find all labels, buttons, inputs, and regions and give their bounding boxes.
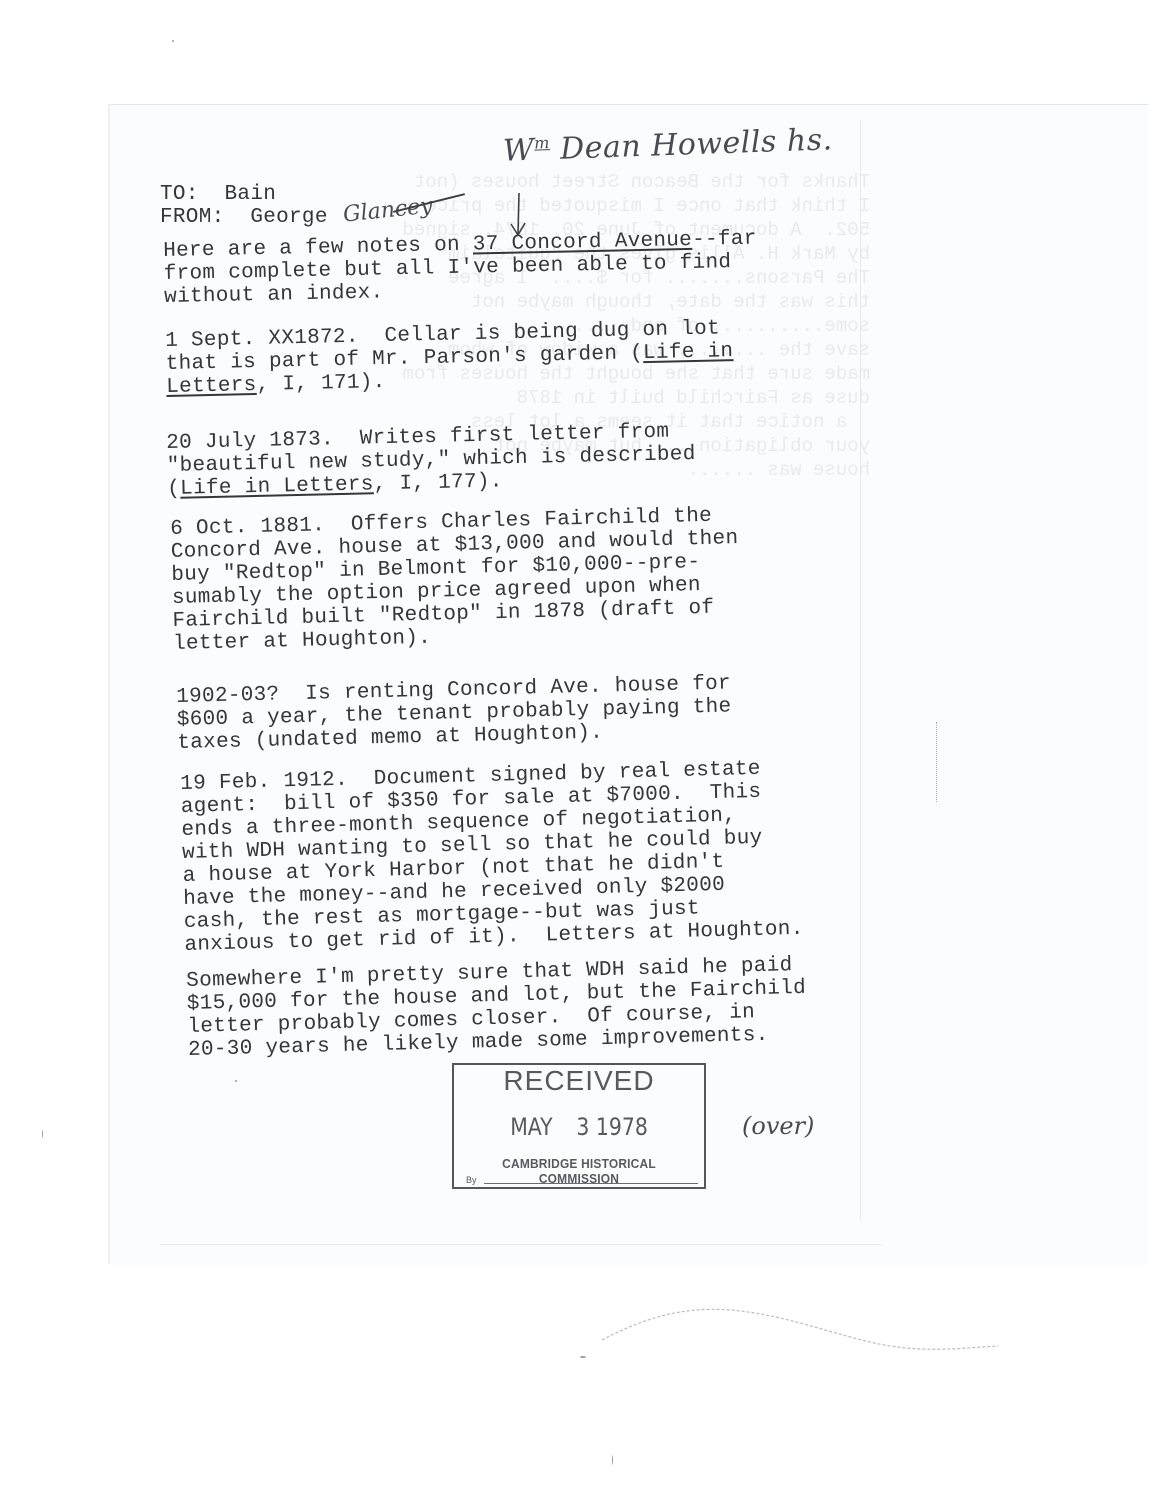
entry-1873: 20 July 1873. Writes first letter from"b…: [166, 420, 696, 501]
from-value: George: [250, 206, 327, 229]
to-label: TO:: [160, 183, 199, 206]
intro-paragraph: Here are a few notes on 37 Concord Avenu…: [163, 228, 758, 309]
underlined-title: Life in Letters: [180, 473, 374, 500]
handwritten-over-note: (over): [742, 1112, 814, 1140]
scan-speck: [172, 40, 174, 42]
annotation-superscript: m: [534, 133, 550, 153]
annotation-prefix: W: [502, 133, 535, 169]
text-segment: --far: [692, 228, 757, 252]
stamp-organization: CAMBRIDGE HISTORICAL COMMISSION: [464, 1156, 694, 1186]
entry-1881: 6 Oct. 1881. Offers Charles Fairchild th…: [170, 504, 741, 656]
text-segment: (: [167, 478, 180, 501]
memo-from-line: FROM: George: [160, 206, 328, 229]
stamp-date: MAY3 1978: [473, 1113, 686, 1141]
text-segment: , I, 177).: [373, 470, 503, 496]
entry-1872: 1 Sept. XX1872. Cellar is being dug on l…: [165, 317, 734, 399]
text-segment: without an index.: [164, 281, 384, 309]
entry-1912: 19 Feb. 1912. Document signed by real es…: [180, 757, 804, 957]
arrow-down-icon: [508, 192, 528, 238]
scan-side-mark: [936, 722, 939, 802]
scan-speck: [580, 1356, 586, 1358]
underlined-title: Letters: [166, 374, 257, 399]
bleed-through-border-bottom: [160, 1244, 882, 1245]
scan-speck: [235, 1080, 237, 1082]
stamp-by-label: By: [466, 1175, 477, 1185]
stamp-month: MAY: [510, 1113, 552, 1141]
to-value: Bain: [225, 183, 277, 206]
stamp-title: RECEIVED: [454, 1065, 704, 1097]
paper-edge: [108, 104, 110, 1264]
scan-speck: [42, 1130, 43, 1138]
stamp-day-year: 3 1978: [576, 1113, 647, 1141]
closing-paragraph: Somewhere I'm pretty sure that WDH said …: [186, 954, 808, 1062]
stamp-by-line: [484, 1183, 698, 1184]
memo-to-line: TO: Bain: [160, 183, 276, 206]
received-stamp: RECEIVED MAY3 1978 CAMBRIDGE HISTORICAL …: [452, 1063, 706, 1189]
from-label: FROM:: [160, 206, 225, 229]
underlined-title: Life in: [643, 340, 734, 365]
entry-1902: 1902-03? Is renting Concord Ave. house f…: [176, 672, 732, 755]
text-segment: , I, 171).: [256, 371, 386, 397]
scan-speck: [612, 1455, 613, 1465]
scan-smudge-line: [600, 1300, 1000, 1350]
